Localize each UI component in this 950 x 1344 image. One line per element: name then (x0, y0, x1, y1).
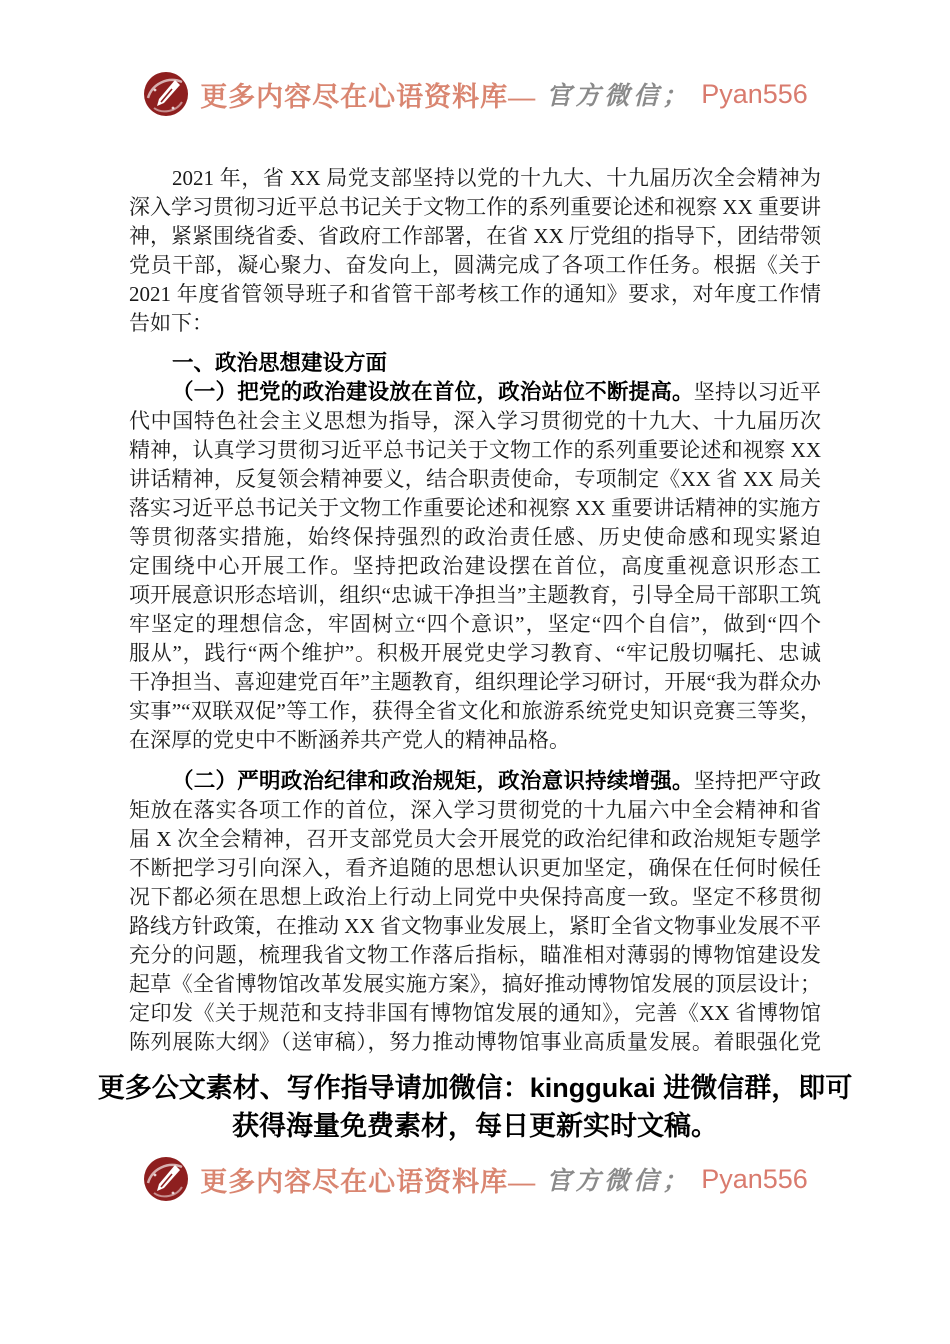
pen-logo-icon (142, 70, 190, 118)
brand-slogan: 更多内容尽在心语资料库— (200, 1160, 536, 1199)
header-brand: 更多内容尽在心语资料库—官方微信；Pyan556 (0, 0, 950, 118)
paragraph3-line: 定印发《关于规范和支持非国有博物馆发展的通知》，完善《XX 省博物馆基本 (129, 999, 821, 1028)
paragraph2-line: 落实习近平总书记关于文物工作重要论述和视察 XX 重要讲话精神的实施方案》 (129, 494, 821, 523)
paragraph3-line: 届 X 次全会精神，召开支部党员大会开展党的政治纪律和政治规矩专题学习， (129, 825, 821, 854)
intro-paragraph: 2021 年，省 XX 局党支部坚持以党的十九大、十九届历次全会精神为指导， 深… (129, 164, 821, 338)
paragraph2-lead: （一）把党的政治建设放在首位，政治站位不断提高。 (172, 380, 694, 404)
paragraph1-line: 深入学习贯彻习近平总书记关于文物工作的系列重要论述和视察 XX 重要讲话精 (129, 193, 821, 222)
brand-wechat-id: Pyan556 (701, 1164, 808, 1195)
paragraph2-line: 干净担当、喜迎建党百年”主题教育，组织理论学习研讨，开展“我为群众办 (129, 668, 821, 697)
brand-wechat-id: Pyan556 (701, 79, 808, 110)
promo-line-1: 更多公文素材、写作指导请加微信：kinggukai 进微信群，即可 (0, 1069, 950, 1107)
paragraph3-lead: （二）严明政治纪律和政治规矩，政治意识持续增强。 (172, 769, 694, 793)
paragraph2-line: 精神，认真学习贯彻习近平总书记关于文物工作的系列重要论述和视察 XX 重要 (129, 436, 821, 465)
paragraph3-line: 不断把学习引向深入，看齐追随的思想认识更加坚定，确保在任何时候任何情 (129, 854, 821, 883)
pen-logo-icon (142, 1155, 190, 1203)
paragraph3-line: 起草《全省博物馆改革发展实施方案》，搞好推动博物馆发展的顶层设计；制 (129, 970, 821, 999)
paragraph2-line: 定围绕中心开展工作。坚持把政治建设摆在首位，高度重视意识形态工作，专 (129, 552, 821, 581)
paragraph1-line: 神，紧紧围绕省委、省政府工作部署，在省 XX 厅党组的指导下，团结带领全局 (129, 222, 821, 251)
paragraph2-line: 牢坚定的理想信念，牢固树立“四个意识”，坚定“四个自信”，做到“四个 (129, 610, 821, 639)
paragraph3-line: 矩放在落实各项工作的首位，深入学习贯彻党的十九届六中全会精神和省委 XX (129, 796, 821, 825)
paragraph2-line: 服从”，践行“两个维护”。积极开展党史学习教育、“牢记殷切嘱托、忠诚 (129, 639, 821, 668)
paragraph1-line: 党员干部，凝心聚力、奋发向上，圆满完成了各项工作任务。根据《关于开展 (129, 251, 821, 280)
paragraph3-line: 充分的问题，梳理我省文物工作落后指标，瞄准相对薄弱的博物馆建设发展， (129, 941, 821, 970)
brand-slogan: 更多内容尽在心语资料库— (200, 75, 536, 114)
paragraph2-line: 实事”“双联双促”等工作，获得全省文化和旅游系统党史知识竞赛三等奖， (129, 697, 821, 726)
paragraph2-line: 在深厚的党史中不断涵养共产党人的精神品格。 (129, 726, 821, 755)
paragraph3-line: 陈列展陈大纲》（送审稿），努力推动博物馆事业高质量发展。着眼强化党支 (129, 1028, 821, 1057)
paragraph3-line: 况下都必须在思想上政治上行动上同党中央保持高度一致。坚定不移贯彻党的 (129, 883, 821, 912)
paragraph3-line: （二）严明政治纪律和政治规矩，政治意识持续增强。坚持把严守政治规 (129, 767, 821, 796)
promo-banner: 更多公文素材、写作指导请加微信：kinggukai 进微信群，即可 获得海量免费… (0, 1069, 950, 1145)
paragraph2-line: 代中国特色社会主义思想为指导，深入学习贯彻党的十九大、十九届历次全会 (129, 407, 821, 436)
paragraph2-line: （一）把党的政治建设放在首位，政治站位不断提高。坚持以习近平新时 (129, 378, 821, 407)
subsection-1-paragraph: （一）把党的政治建设放在首位，政治站位不断提高。坚持以习近平新时 代中国特色社会… (129, 378, 821, 755)
subsection-2-paragraph: （二）严明政治纪律和政治规矩，政治意识持续增强。坚持把严守政治规 矩放在落实各项… (129, 767, 821, 1057)
paragraph3-line: 路线方针政策，在推动 XX 省文物事业发展上，紧盯全省文物事业发展不平衡不 (129, 912, 821, 941)
paragraph2-line: 项开展意识形态培训，组织“忠诚干净担当”主题教育，引导全局干部职工筑 (129, 581, 821, 610)
paragraph1-line: 2021 年，省 XX 局党支部坚持以党的十九大、十九届历次全会精神为指导， (129, 164, 821, 193)
brand-label: 官方微信； (546, 76, 691, 112)
paragraph2-line: 讲话精神，反复领会精神要义，结合职责使命，专项制定《XX 省 XX 局关于贯彻 (129, 465, 821, 494)
paragraph1-line: 告如下： (129, 309, 821, 338)
section-heading: 一、政治思想建设方面 (129, 348, 821, 378)
brand-label: 官方微信； (546, 1161, 691, 1197)
paragraph1-line: 2021 年度省管领导班子和省管干部考核工作的通知》要求，对年度工作情况报 (129, 280, 821, 309)
promo-line-2: 获得海量免费素材，每日更新实时文稿。 (0, 1107, 950, 1145)
document-body: 2021 年，省 XX 局党支部坚持以党的十九大、十九届历次全会精神为指导， 深… (129, 164, 821, 1057)
document-page: 更多内容尽在心语资料库—官方微信；Pyan556 2021 年，省 XX 局党支… (0, 0, 950, 1344)
footer-brand: 更多内容尽在心语资料库—官方微信；Pyan556 (0, 1155, 950, 1203)
paragraph2-line: 等贯彻落实措施，始终保持强烈的政治责任感、历史使命感和现实紧迫感，坚 (129, 523, 821, 552)
